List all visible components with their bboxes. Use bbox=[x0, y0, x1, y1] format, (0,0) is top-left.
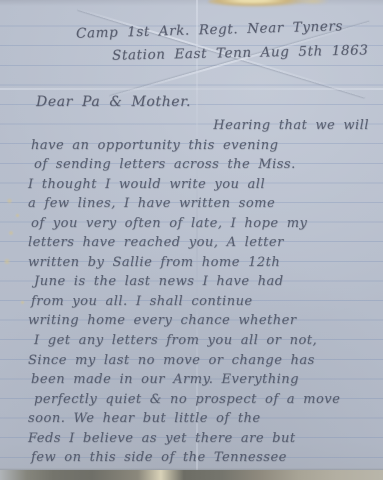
foxing-spot bbox=[20, 300, 25, 305]
foxing-spot bbox=[3, 258, 11, 265]
letter-body-line: a few lines, I have written some bbox=[28, 194, 370, 214]
letter-body-line: Since my last no move or change has bbox=[28, 351, 370, 371]
letter-body-line: few on this side of the Tennessee bbox=[28, 448, 370, 468]
foxing-spot bbox=[8, 230, 14, 236]
letter-body-line: perfectly quiet & no prospect of a move bbox=[28, 390, 370, 410]
letter-body-line: writing home every chance whether bbox=[28, 311, 370, 331]
letter-body-line: I get any letters from you all or not, bbox=[28, 331, 370, 351]
letter-body-line: have an opportunity this evening bbox=[28, 136, 370, 156]
letter-body-line: letters have reached you, A letter bbox=[28, 233, 370, 253]
top-edge-stain bbox=[208, 0, 308, 7]
letter-salutation: Dear Pa & Mother. bbox=[36, 94, 191, 110]
letter-body-line: I thought I would write you all bbox=[28, 175, 370, 195]
letter-body-line: June is the last news I have had bbox=[28, 272, 370, 292]
letter-body-line: from you all. I shall continue bbox=[28, 292, 370, 312]
letter-body-line: Hearing that we will bbox=[28, 116, 370, 136]
letter-body: Hearing that we will have an opportunity… bbox=[28, 116, 370, 468]
letter-body-line: written by Sallie from home 12th bbox=[28, 253, 370, 273]
letter-body-line: soon. We hear but little of the bbox=[28, 409, 370, 429]
letter-body-line: Feds I believe as yet there are but bbox=[28, 429, 370, 449]
letter-scan: Camp 1st Ark. Regt. Near Tyners Station … bbox=[0, 0, 383, 480]
paper-bottom-edge bbox=[0, 470, 383, 480]
foxing-spot bbox=[6, 198, 13, 204]
letter-body-line: been made in our Army. Everything bbox=[28, 370, 370, 390]
letter-body-line: of you very often of late, I hope my bbox=[28, 214, 370, 234]
foxing-spot bbox=[15, 213, 20, 218]
letter-body-line: of sending letters across the Miss. bbox=[28, 155, 370, 175]
